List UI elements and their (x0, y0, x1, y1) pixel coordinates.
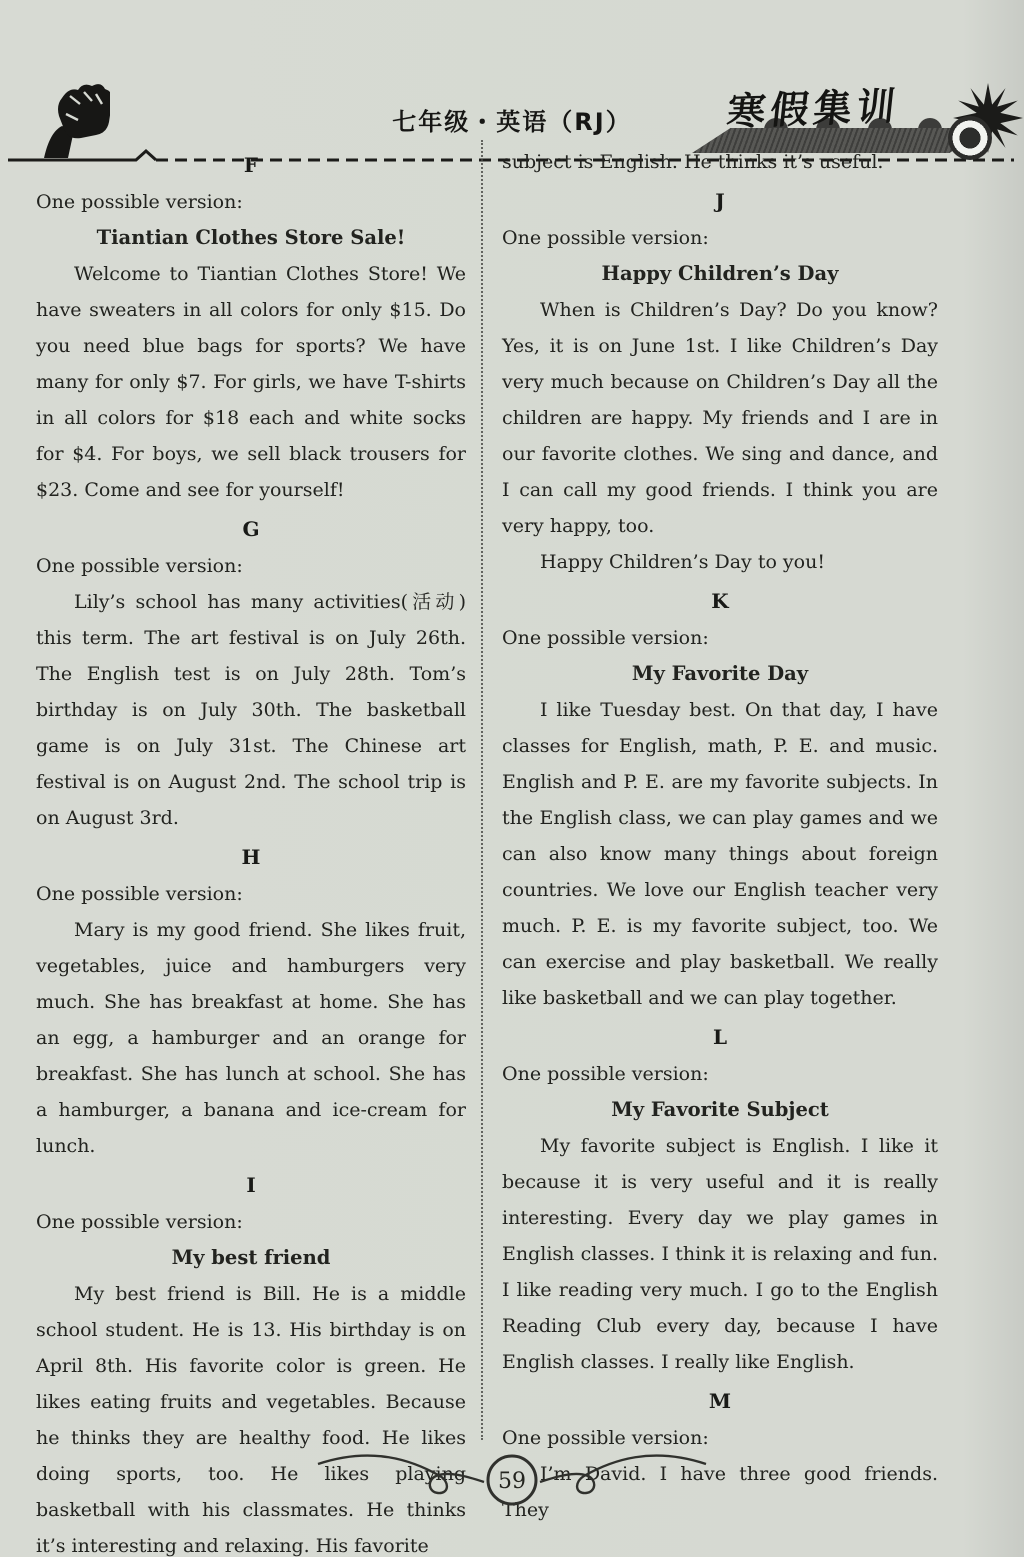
section-h: H One possible version: Mary is my good … (36, 843, 466, 1164)
section-letter: H (36, 843, 466, 871)
essay-title: My Favorite Subject (502, 1092, 938, 1128)
section-l: L One possible version: My Favorite Subj… (502, 1023, 938, 1380)
section-letter: I (36, 1171, 466, 1199)
section-letter: M (502, 1387, 938, 1415)
paragraph: When is Children’s Day? Do you know? Yes… (502, 292, 938, 544)
page-number-badge: 59 (282, 1438, 742, 1516)
target-circle-icon (948, 116, 992, 160)
footer-flourish-left (318, 1456, 484, 1494)
section-letter: L (502, 1023, 938, 1051)
intro-line: One possible version: (36, 184, 466, 220)
section-g: G One possible version: Lily’s school ha… (36, 515, 466, 836)
brand-title: 寒假集训 (725, 75, 904, 136)
intro-line: One possible version: (36, 548, 466, 584)
continuation-paragraph: subject is English. He thinks it’s usefu… (502, 144, 938, 180)
workbook-page: 七年级・英语（RJ） 寒假集训 F One possible version: … (0, 0, 1024, 1557)
footer-flourish-right (540, 1456, 706, 1494)
essay-title: Happy Children’s Day (502, 256, 938, 292)
paragraph: Mary is my good friend. She likes fruit,… (36, 912, 466, 1164)
left-column: F One possible version: Tiantian Clothes… (36, 144, 466, 1557)
section-j: J One possible version: Happy Children’s… (502, 187, 938, 580)
section-letter: K (502, 587, 938, 615)
section-letter: G (36, 515, 466, 543)
right-column: subject is English. He thinks it’s usefu… (502, 144, 938, 1528)
paragraph: Welcome to Tiantian Clothes Store! We ha… (36, 256, 466, 508)
essay-title: My best friend (36, 1240, 466, 1276)
section-letter: J (502, 187, 938, 215)
section-k: K One possible version: My Favorite Day … (502, 587, 938, 1016)
intro-line: One possible version: (36, 1204, 466, 1240)
page-footer: 59 (0, 1432, 1024, 1522)
column-divider (481, 140, 483, 1440)
section-f: F One possible version: Tiantian Clothes… (36, 151, 466, 508)
paragraph: I like Tuesday best. On that day, I have… (502, 692, 938, 1016)
paragraph: Lily’s school has many activities(活动) th… (36, 584, 466, 836)
intro-line: One possible version: (502, 220, 938, 256)
intro-line: One possible version: (502, 620, 938, 656)
paragraph: Happy Children’s Day to you! (502, 544, 938, 580)
essay-title: My Favorite Day (502, 656, 938, 692)
page-number: 59 (498, 1469, 526, 1494)
section-letter: F (36, 151, 466, 179)
essay-title: Tiantian Clothes Store Sale! (36, 220, 466, 256)
intro-line: One possible version: (502, 1056, 938, 1092)
paragraph: My favorite subject is English. I like i… (502, 1128, 938, 1380)
intro-line: One possible version: (36, 876, 466, 912)
